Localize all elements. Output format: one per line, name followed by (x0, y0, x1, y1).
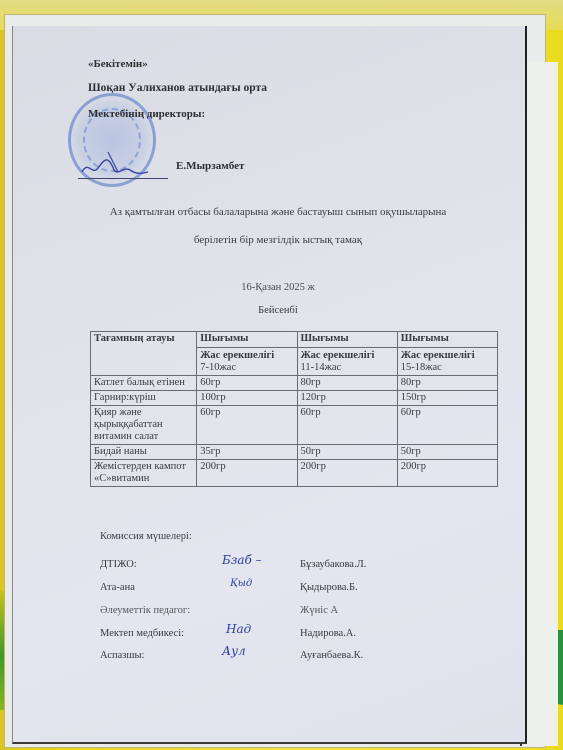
portion-cell: 50гр (397, 445, 497, 460)
yield-label: Шығымы (197, 333, 296, 348)
portion-cell: 50гр (297, 445, 397, 460)
table-row: Қияр және қырыққабаттан витамин салат 60… (91, 406, 498, 445)
director-title: Мектебінің директоры: (88, 108, 205, 120)
member-name: Бұзаубакова.Л. (300, 559, 366, 570)
portion-cell: 150гр (397, 391, 497, 406)
member-name: Надирова.А. (300, 628, 356, 639)
member-signature: Бзаб – (222, 553, 278, 569)
portion-cell: 120гр (297, 391, 397, 406)
dish-name: Жемістерден кампот «С»витамин (91, 460, 197, 487)
column-header-age-15-18: Шығымы Жас ерекшелігі 15-18жас (397, 332, 497, 376)
portion-cell: 60гр (397, 406, 497, 445)
member-signature: Аул (222, 644, 278, 660)
portion-cell: 200гр (197, 460, 297, 487)
column-header-age-7-10: Шығымы Жас ерекшелігі 7-10жас (197, 332, 297, 376)
column-header-age-11-14: Шығымы Жас ерекшелігі 11-14жас (297, 332, 397, 376)
member-role: Мектеп медбикесі: (100, 628, 184, 639)
age-range: 7-10жас (200, 362, 293, 374)
member-name: Ауғанбаева.К. (300, 650, 363, 661)
table-row: Жемістерден кампот «С»витамин 200гр 200г… (91, 460, 498, 487)
dish-name: Гарнир:күріш (91, 391, 197, 406)
member-role: Аспазшы: (100, 650, 144, 661)
member-name: Қыдырова.Б. (300, 582, 358, 593)
portion-cell: 60гр (197, 406, 297, 445)
age-label: Жас ерекшелігі (200, 350, 293, 362)
table-header-row: Тағамның атауы Шығымы Жас ерекшелігі 7-1… (91, 332, 498, 376)
document-title-line-1: Аз қамтылған отбасы балаларына және баст… (88, 206, 468, 218)
table-row: Бидай наны 35гр 50гр 50гр (91, 445, 498, 460)
member-signature: Над (226, 622, 282, 638)
portion-cell: 35гр (197, 445, 297, 460)
member-role: Ата-ана (100, 582, 135, 593)
dish-name: Қияр және қырыққабаттан витамин салат (91, 406, 197, 445)
dish-name: Бидай наны (91, 445, 197, 460)
portion-cell: 60гр (297, 406, 397, 445)
portion-cell: 100гр (197, 391, 297, 406)
table-row: Гарнир:күріш 100гр 120гр 150гр (91, 391, 498, 406)
portion-cell: 200гр (297, 460, 397, 487)
school-name: Шоқан Уалиханов атындағы орта (88, 82, 267, 94)
column-header-dish: Тағамның атауы (91, 332, 197, 376)
commission-label: Комиссия мүшелері: (100, 531, 192, 542)
portion-cell: 200гр (397, 460, 497, 487)
menu-table: Тағамның атауы Шығымы Жас ерекшелігі 7-1… (90, 331, 498, 487)
portion-cell: 60гр (197, 376, 297, 391)
approval-label: «Бекітемін» (88, 58, 148, 70)
age-label: Жас ерекшелігі (301, 350, 394, 362)
age-range: 15-18жас (401, 362, 494, 374)
member-name: Жүніс А (300, 605, 338, 616)
table-row: Катлет балық етінен 60гр 80гр 80гр (91, 376, 498, 391)
director-name: Е.Мырзамбет (176, 160, 244, 172)
age-range: 11-14жас (301, 362, 394, 374)
age-label: Жас ерекшелігі (401, 350, 494, 362)
member-role: ДТІЖО: (100, 559, 137, 570)
director-signature-icon (78, 150, 168, 179)
document-title-line-2: берілетін бір мезгілдік ыстық тамақ (88, 234, 468, 246)
member-role: Әлеуметтік педагог: (100, 605, 190, 616)
yield-label: Шығымы (398, 333, 497, 348)
yield-label: Шығымы (298, 333, 397, 348)
portion-cell: 80гр (297, 376, 397, 391)
dish-name: Катлет балық етінен (91, 376, 197, 391)
portion-cell: 80гр (397, 376, 497, 391)
member-signature: Қыд (230, 578, 286, 594)
document-date: 16-Қазан 2025 ж (88, 282, 468, 293)
document-weekday: Бейсенбі (88, 305, 468, 316)
